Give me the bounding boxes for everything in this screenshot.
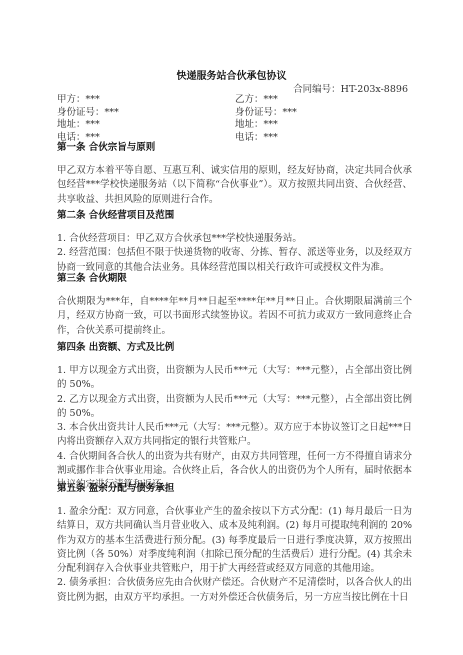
section-5: 第五条 盈余分配与债务承担 1. 盈余分配：双方同意，合伙事业产生的盈余按以下方… <box>57 482 412 605</box>
section-paragraph: 甲乙双方本着平等自愿、互惠互利、诚实信用的原则，经友好协商，决定共同合伙承包经营… <box>57 164 412 207</box>
party-row-id: 身份证号：*** 身份证号：*** <box>57 107 417 120</box>
parties-block: 甲方：*** 乙方：*** 身份证号：*** 身份证号：*** 地址：*** 地… <box>57 94 417 144</box>
section-2: 第二条 合伙经营项目及范围 1. 合伙经营项目：甲乙双方合伙承包***学校快递服… <box>57 209 412 275</box>
party-row-name: 甲方：*** 乙方：*** <box>57 94 417 107</box>
party-a-id: 身份证号：*** <box>57 107 119 120</box>
document-title: 快递服务站合伙承包协议 <box>0 67 463 82</box>
party-b-id: 身份证号：*** <box>235 107 297 120</box>
document-page: 快递服务站合伙承包协议 合同编号：HT-203x-8896 甲方：*** 乙方：… <box>0 0 463 655</box>
section-paragraph: 3. 本合伙出资共计人民币***元（大写：***元整）。双方应于本协议签订之日起… <box>57 421 412 450</box>
section-3: 第三条 合伙期限 合伙期限为***年，自****年**月**日起至****年**… <box>57 272 412 338</box>
section-1: 第一条 合伙宗旨与原则 甲乙双方本着平等自愿、互惠互利、诚实信用的原则，经友好协… <box>57 141 412 207</box>
party-b-address: 地址：*** <box>235 119 278 132</box>
party-b-name: 乙方：*** <box>235 94 278 107</box>
section-paragraph: 1. 甲方以现金方式出资，出资额为人民币***元（大写：***元整），占全部出资… <box>57 364 412 393</box>
section-paragraph: 2. 债务承担：合伙债务应先由合伙财产偿还。合伙财产不足清偿时，以各合伙人的出资… <box>57 576 412 605</box>
section-paragraph: 1. 盈余分配：双方同意，合伙事业产生的盈余按以下方式分配：(1) 每月最后一日… <box>57 505 412 576</box>
party-a-name: 甲方：*** <box>57 94 100 107</box>
section-4: 第四条 出资额、方式及比例 1. 甲方以现金方式出资，出资额为人民币***元（大… <box>57 341 412 493</box>
section-title: 第三条 合伙期限 <box>57 272 412 286</box>
party-a-address: 地址：*** <box>57 119 100 132</box>
section-paragraph: 合伙期限为***年，自****年**月**日起至****年**月**日止。合伙期… <box>57 295 412 338</box>
section-paragraph: 2. 经营范围：包括但不限于快递货物的收寄、分拣、暂存、派送等业务，以及经双方协… <box>57 246 412 275</box>
contract-number: 合同编号：HT-203x-8896 <box>293 81 408 95</box>
section-paragraph: 2. 乙方以现金方式出资，出资额为人民币***元（大写：***元整），占全部出资… <box>57 393 412 422</box>
section-paragraph: 1. 合伙经营项目：甲乙双方合伙承包***学校快递服务站。 <box>57 232 412 246</box>
section-title: 第四条 出资额、方式及比例 <box>57 341 412 355</box>
section-title: 第一条 合伙宗旨与原则 <box>57 141 412 155</box>
party-row-address: 地址：*** 地址：*** <box>57 119 417 132</box>
section-title: 第二条 合伙经营项目及范围 <box>57 209 412 223</box>
section-title: 第五条 盈余分配与债务承担 <box>57 482 412 496</box>
